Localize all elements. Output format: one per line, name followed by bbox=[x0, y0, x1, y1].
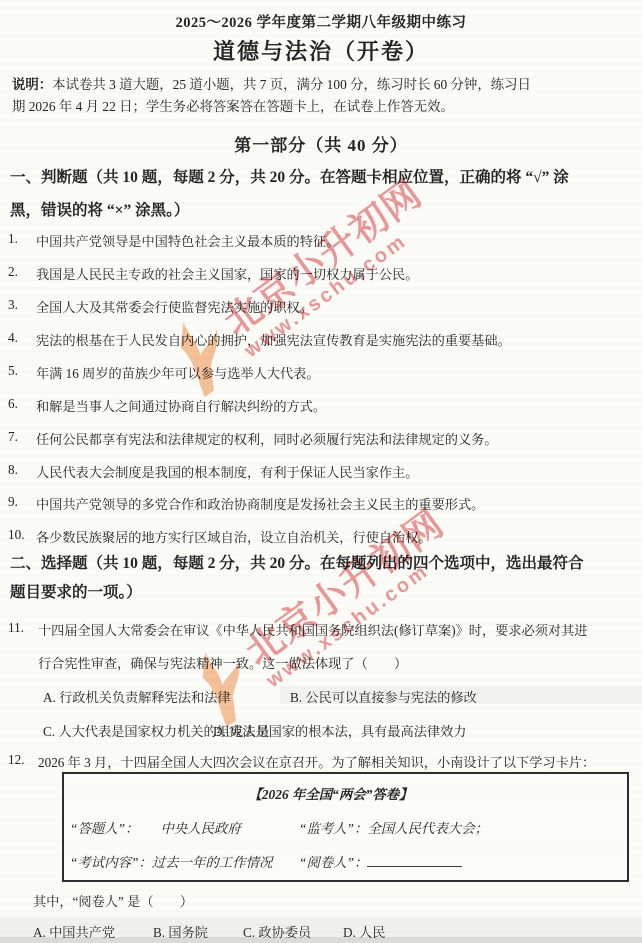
question-11-option-b: B. 公民可以直接参与宪法的修改 bbox=[290, 687, 477, 706]
question-11-line2: 行合宪性审查，确保与宪法精神一致。这一做法体现了（ ） bbox=[38, 653, 407, 672]
answerer-row: “答题人”：中央人民政府 bbox=[70, 818, 241, 837]
page-title: 道德与法治（开卷） bbox=[0, 35, 642, 66]
content-row: “考试内容”：过去一年的工作情况 bbox=[70, 852, 272, 871]
question-number: 1. bbox=[8, 231, 18, 247]
content-label: “考试内容”： bbox=[70, 855, 152, 870]
question-text: 中国共产党领导的多党合作和政治协商制度是发扬社会主义民主的重要形式。 bbox=[36, 494, 484, 513]
question-text: 和解是当事人之间通过协商自行解决纠纷的方式。 bbox=[36, 396, 326, 415]
question-text: 年满 16 周岁的苗族少年可以参与选举人大代表。 bbox=[36, 363, 320, 382]
notice-text-1: 本试卷共 3 道大题，25 道小题，共 7 页，满分 100 分，练习时长 60… bbox=[52, 77, 531, 92]
grader-blank-line bbox=[367, 855, 462, 867]
question-number: 2. bbox=[8, 264, 18, 280]
exam-session-header: 2025～2026 学年度第二学期八年级期中练习 bbox=[0, 11, 642, 32]
choice-heading-line2: 题目要求的一项。） bbox=[10, 580, 142, 602]
question-11-line1: 十四届全国人大常委会在审议《中华人民共和国国务院组织法(修订草案)》时，要求必须… bbox=[38, 620, 587, 639]
grader-label: “阅卷人”： bbox=[299, 855, 367, 870]
question-number: 9. bbox=[8, 494, 18, 510]
question-12-text: 2026 年 3 月，十四届全国人大四次会议在京召开。为了解相关知识，小南设计了… bbox=[38, 752, 595, 771]
question-11-option-a: A. 行政机关负责解释宪法和法律 bbox=[43, 687, 231, 706]
proctor-value: 全国人民代表大会； bbox=[367, 821, 488, 836]
watermark-brand: 北京小升初网 bbox=[217, 174, 430, 344]
notice-line-1: 说明：本试卷共 3 道大题，25 道小题，共 7 页，满分 100 分，练习时长… bbox=[12, 74, 531, 93]
question-text: 全国人大及其常委会行使监督宪法实施的职权。 bbox=[36, 297, 313, 316]
question-12-option-c: C. 政协委员 bbox=[243, 922, 311, 941]
question-11-option-d: D. 宪法是国家的根本法，具有最高法律效力 bbox=[213, 721, 467, 740]
judgement-heading-line1: 一、判断题（共 10 题，每题 2 分，共 20 分。在答题卡相应位置，正确的将… bbox=[10, 165, 569, 187]
question-text: 宪法的根基在于人民发自内心的拥护，加强宪法宣传教育是实施宪法的重要基础。 bbox=[36, 330, 511, 349]
question-number: 3. bbox=[8, 297, 18, 313]
proctor-label: “监考人”： bbox=[299, 821, 367, 836]
question-12-option-a: A. 中国共产党 bbox=[33, 922, 115, 941]
question-12-followup: 其中，“阅卷人” 是（ ） bbox=[33, 891, 193, 910]
question-text: 各少数民族聚居的地方实行区域自治，设立自治机关，行使自治权。 bbox=[36, 527, 432, 546]
question-number: 6. bbox=[8, 396, 18, 412]
question-number: 4. bbox=[8, 330, 18, 346]
question-12-option-b: B. 国务院 bbox=[153, 922, 208, 941]
question-12-option-d: D. 人民 bbox=[343, 922, 386, 941]
question-number: 7. bbox=[8, 429, 18, 445]
judgement-heading-line2: 黑，错误的将 “×” 涂黑。） bbox=[10, 198, 189, 220]
notice-line-2: 期 2026 年 4 月 22 日；学生务必将答案答在答题卡上，在试卷上作答无效… bbox=[12, 96, 454, 115]
question-12-number: 12. bbox=[8, 752, 24, 768]
answerer-value: 中央人民政府 bbox=[160, 821, 240, 836]
part1-heading: 第一部分（共 40 分） bbox=[0, 131, 642, 156]
question-number: 5. bbox=[8, 363, 18, 379]
choice-heading-line1: 二、选择题（共 10 题，每题 2 分，共 20 分。在每题列出的四个选项中，选… bbox=[10, 551, 584, 573]
exam-paper-page: { "page": { "header": "2025～2026 学年度第二学期… bbox=[0, 0, 642, 943]
answer-card-title: 【2026 年全国“两会”答卷】 bbox=[64, 784, 597, 803]
question-number: 8. bbox=[8, 462, 18, 478]
question-number: 10. bbox=[8, 527, 24, 543]
proctor-row: “监考人”：全国人民代表大会； bbox=[299, 818, 488, 837]
answerer-label: “答题人”： bbox=[70, 821, 138, 836]
question-11-number: 11. bbox=[8, 620, 24, 636]
content-value: 过去一年的工作情况 bbox=[152, 855, 273, 870]
question-text: 中国共产党领导是中国特色社会主义最本质的特征。 bbox=[36, 231, 339, 250]
grader-row: “阅卷人”： bbox=[299, 852, 462, 871]
question-text: 任何公民都享有宪法和法律规定的权利，同时必须履行宪法和法律规定的义务。 bbox=[36, 429, 498, 448]
brand-logo-icon bbox=[155, 305, 251, 406]
question-text: 人民代表大会制度是我国的根本制度，有利于保证人民当家作主。 bbox=[36, 462, 418, 481]
notice-label: 说明： bbox=[12, 77, 52, 92]
answer-card: 【2026 年全国“两会”答卷】 “答题人”：中央人民政府 “监考人”：全国人民… bbox=[62, 772, 629, 882]
question-text: 我国是人民民主专政的社会主义国家，国家的一切权力属于公民。 bbox=[36, 264, 418, 283]
